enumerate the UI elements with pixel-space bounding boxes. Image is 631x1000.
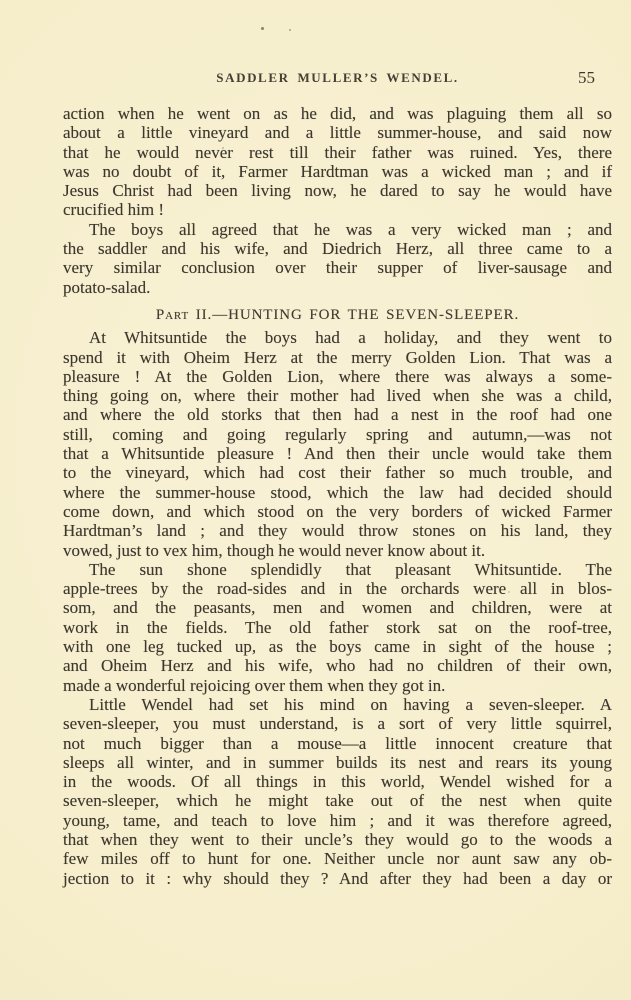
paragraph-line: Hardtman’s land ; and they would throw s… [63,521,612,540]
paragraph-line: and where the old storks that then had a… [63,405,612,424]
paragraph-line: apple-trees by the road-sides and in the… [63,579,612,598]
paragraph-line: in the woods. Of all things in this worl… [63,772,612,791]
paragraph-line: was no doubt of it, Farmer Hardtman was … [63,162,612,181]
paragraph: Little Wendel had set his mind on having… [63,695,612,888]
paragraph-line: to the vineyard, which had cost their fa… [63,463,612,482]
book-page: { "header": { "title": "SADDLER MULLER’S… [0,0,631,1000]
paragraph-line: about a little vineyard and a little sum… [63,123,612,142]
paragraph-line: thing going on, where their mother had l… [63,386,612,405]
paragraph-line: work in the fields. The old father stork… [63,618,612,637]
paragraph-line: vowed, just to vex him, though he would … [63,541,612,560]
paper-speck [289,29,291,31]
paragraph-line: come down, and which stood on the very b… [63,502,612,521]
paragraph-line: seven-sleeper, you must understand, is a… [63,714,612,733]
paragraph: The sun shone splendidly that pleasant W… [63,560,612,695]
paragraph-line: not much bigger than a mouse—a little in… [63,734,612,753]
paragraph-line: pleasure ! At the Golden Lion, where the… [63,367,612,386]
paragraph-line: few miles off to hunt for one. Neither u… [63,849,612,868]
paragraph-line: spend it with Oheim Herz at the merry Go… [63,348,612,367]
paragraph-line: and Oheim Herz and his wife, who had no … [63,656,612,675]
paragraph-line: Little Wendel had set his mind on having… [63,695,612,714]
paragraph: At Whitsuntide the boys had a holiday, a… [63,328,612,560]
text-body: action when he went on as he did, and wa… [63,104,612,888]
paragraph: action when he went on as he did, and wa… [63,104,612,220]
paragraph-line: action when he went on as he did, and wa… [63,104,612,123]
running-title: SADDLER MULLER’S WENDEL. [63,70,612,86]
section-heading: Part II.—HUNTING FOR THE SEVEN-SLEEPER. [63,306,612,325]
paragraph-line: where the summer-house stood, which the … [63,483,612,502]
paragraph-line: made a wonderful rejoicing over them whe… [63,676,612,695]
page-content: SADDLER MULLER’S WENDEL. 55 action when … [63,70,612,888]
page-number: 55 [578,68,595,88]
paragraph-line: that when they went to their uncle’s the… [63,830,612,849]
paragraph-line: young, tame, and teach to love him ; and… [63,811,612,830]
paragraph-line: potato-salad. [63,278,612,297]
paragraph-line: At Whitsuntide the boys had a holiday, a… [63,328,612,347]
paragraph-line: seven-sleeper, which he might take out o… [63,791,612,810]
paragraph-line: that a Whitsuntide pleasure ! And then t… [63,444,612,463]
page-header: SADDLER MULLER’S WENDEL. 55 [63,70,612,86]
paragraph-line: very similar conclusion over their suppe… [63,258,612,277]
paragraph-line: jection to it : why should they ? And af… [63,869,612,888]
paragraph-line: that he would never rest till their fath… [63,143,612,162]
paragraph-line: with one leg tucked up, as the boys came… [63,637,612,656]
paragraph-line: crucified him ! [63,200,612,219]
paragraph-line: Jesus Christ had been living now, he dar… [63,181,612,200]
paragraph: The boys all agreed that he was a very w… [63,220,612,297]
paragraph-line: the saddler and his wife, and Diedrich H… [63,239,612,258]
paragraph-line: The boys all agreed that he was a very w… [63,220,612,239]
paragraph-line: som, and the peasants, men and women and… [63,598,612,617]
paper-speck [261,27,264,30]
paragraph-line: sleeps all winter, and in summer builds … [63,753,612,772]
paragraph-line: still, coming and going regularly spring… [63,425,612,444]
paragraph-line: The sun shone splendidly that pleasant W… [63,560,612,579]
